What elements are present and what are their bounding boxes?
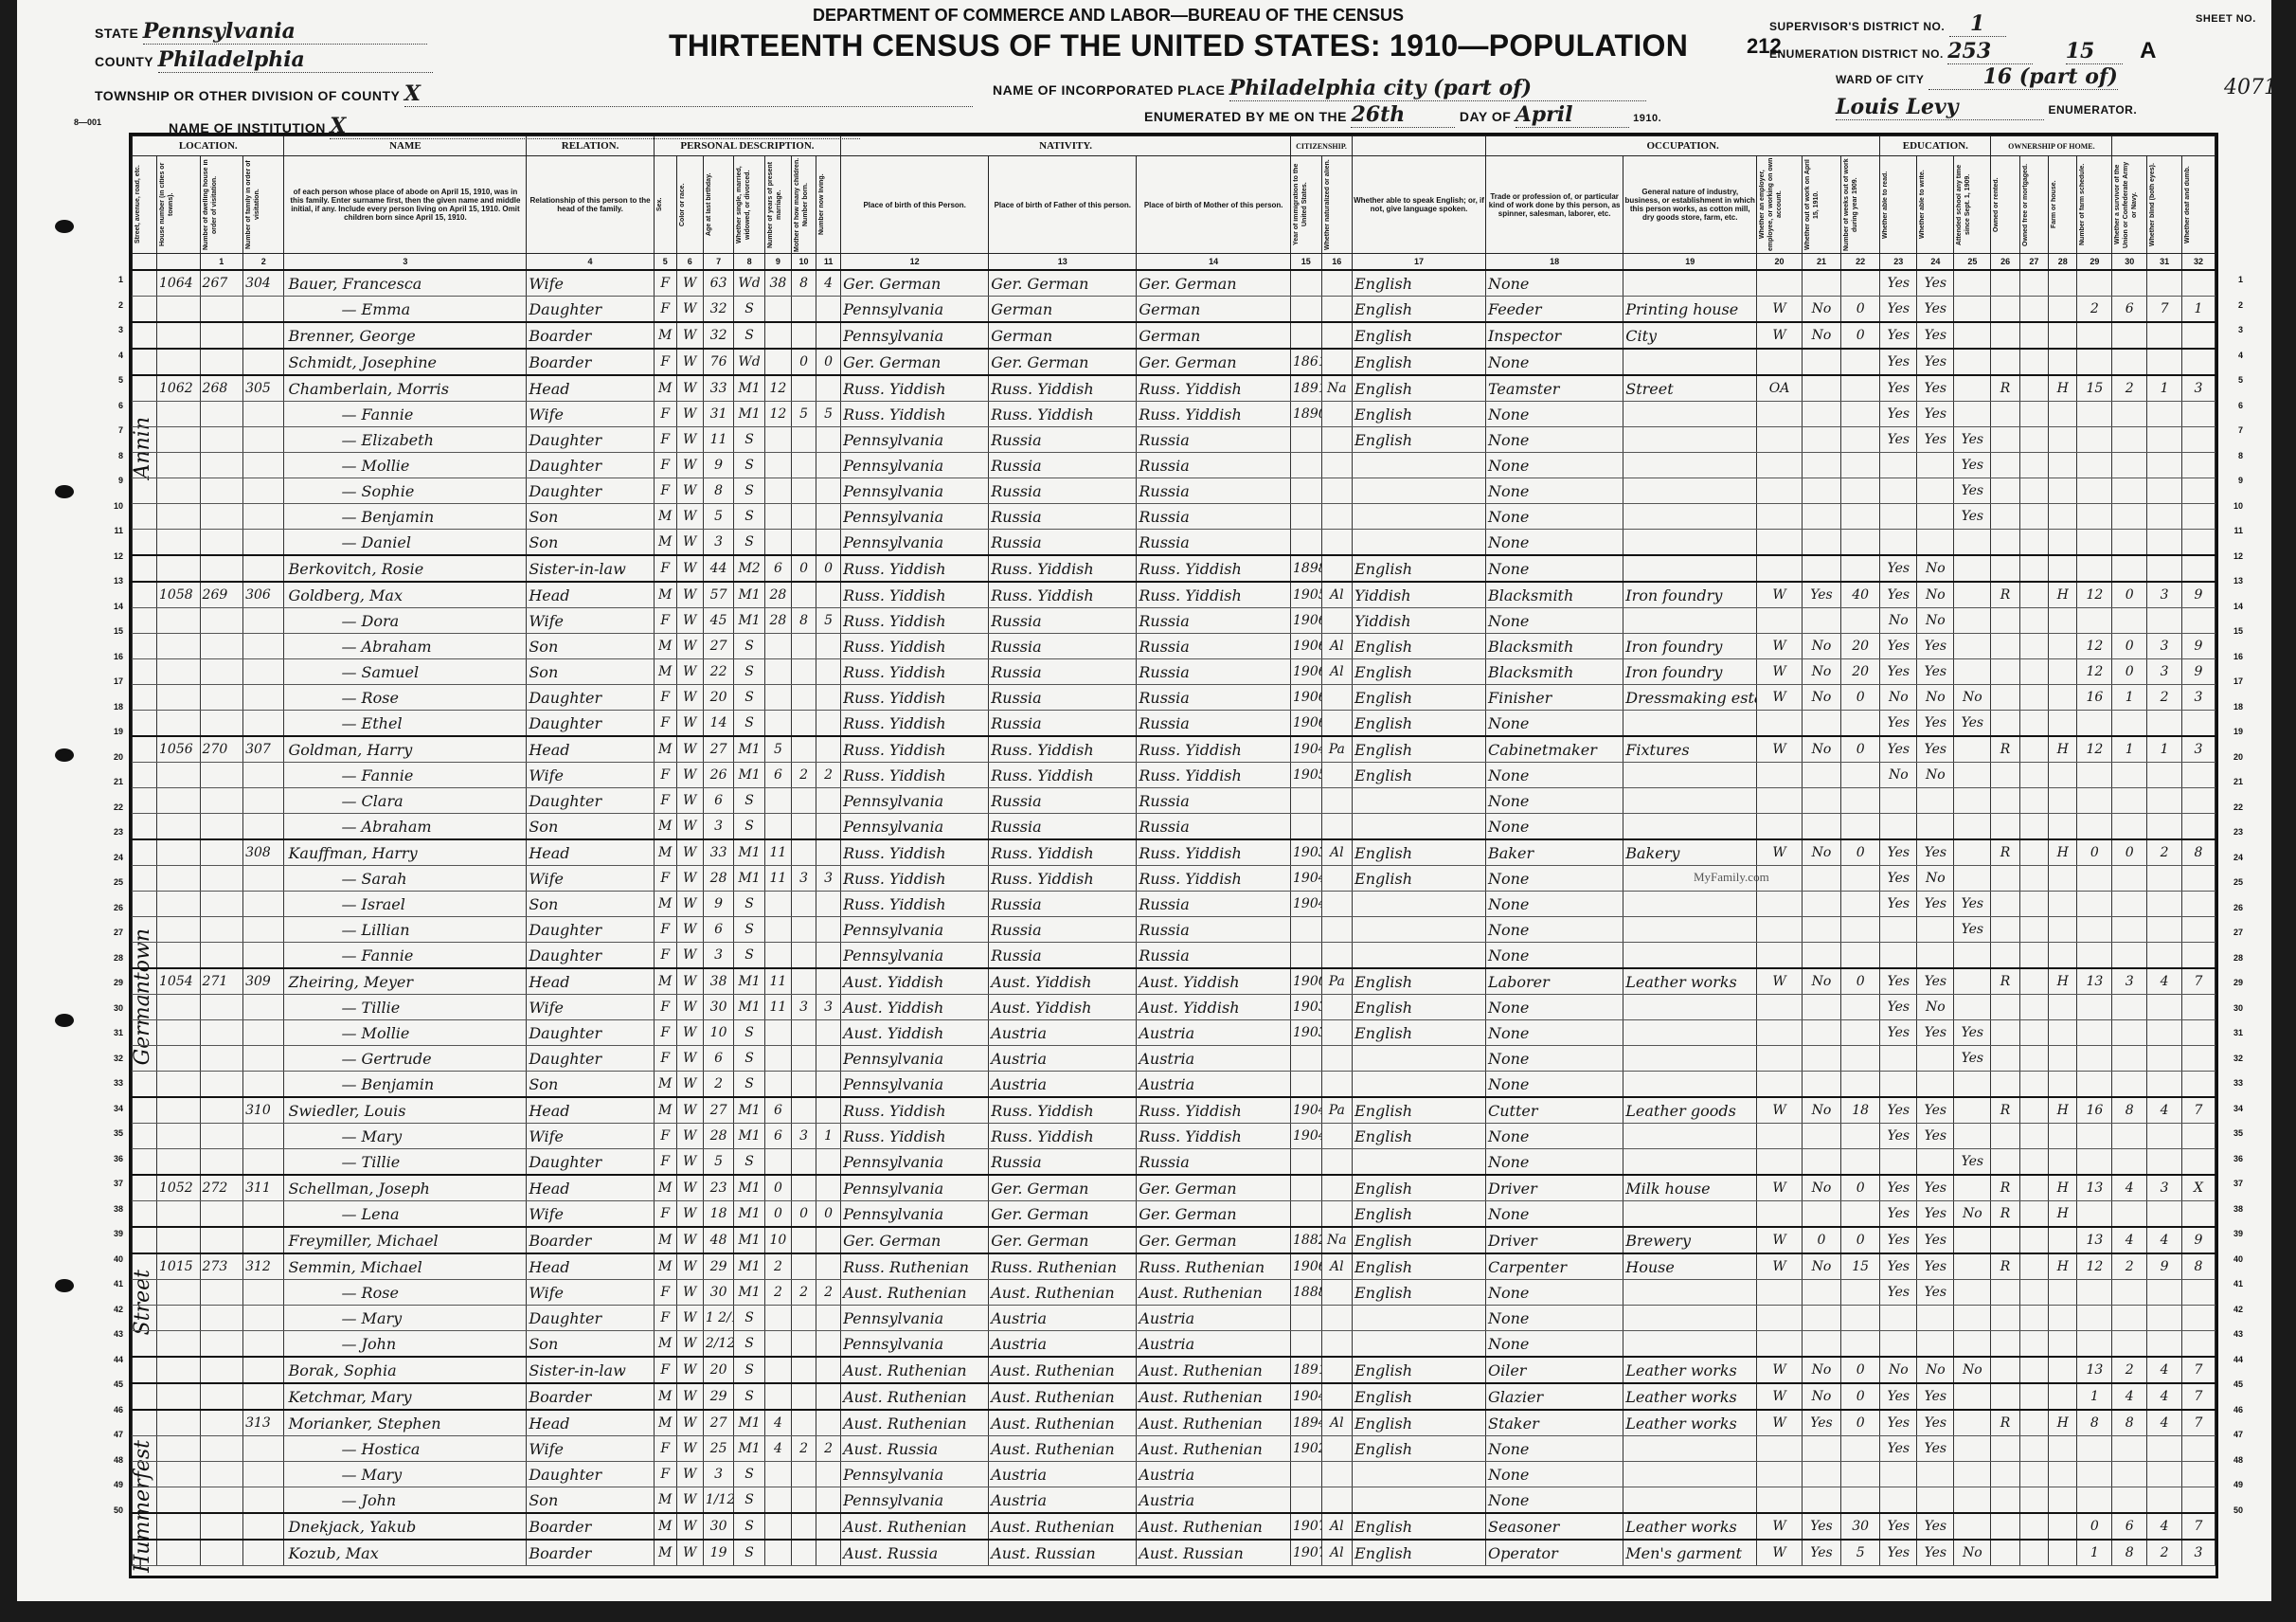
cell-house — [157, 1020, 201, 1046]
cell-mpob: Russia — [1137, 685, 1291, 711]
cell-born — [792, 711, 816, 737]
cell-c32: 9 — [2182, 582, 2215, 608]
cell-ms: S — [734, 530, 765, 556]
cell-read: Yes — [1880, 1124, 1917, 1149]
cell-race: W — [676, 1097, 703, 1124]
cell-fam — [243, 711, 284, 737]
cell-ind — [1623, 530, 1757, 556]
cell-wks: 0 — [1841, 736, 1880, 763]
cell-fam — [243, 1436, 284, 1462]
cell-free — [2019, 270, 2048, 297]
cell-street — [133, 1227, 157, 1253]
cell-sched — [2077, 270, 2112, 297]
cell-house — [157, 917, 201, 943]
cell-sex: F — [654, 1306, 676, 1331]
cell-free — [2019, 968, 2048, 995]
column-label: Number of dwelling house in order of vis… — [202, 157, 219, 252]
cell-c32 — [2182, 1020, 2215, 1046]
cell-write: Yes — [1917, 1227, 1954, 1253]
cell-living: 0 — [816, 555, 841, 582]
cell-c32 — [2182, 1436, 2215, 1462]
cell-write — [1917, 943, 1954, 969]
cell-own: R — [1991, 1201, 2019, 1228]
cell-name: — Samuel — [284, 659, 527, 685]
cell-pob: Russ. Yiddish — [841, 402, 989, 427]
cell-mpob: Russia — [1137, 504, 1291, 530]
cell-yrs — [764, 1383, 791, 1410]
column-header: Whether deaf and dumb. — [2182, 156, 2215, 254]
column-number: 12 — [841, 254, 989, 271]
cell-c30: 2 — [2112, 1253, 2147, 1280]
cell-born — [792, 1383, 816, 1410]
cell-ind — [1623, 814, 1757, 840]
cell-pob: Russ. Yiddish — [841, 685, 989, 711]
line-number: 30 — [2224, 1003, 2243, 1013]
column-number: 6 — [676, 254, 703, 271]
cell-wks — [1841, 530, 1880, 556]
cell-living — [816, 1227, 841, 1253]
column-number: 1 — [200, 254, 243, 271]
cell-read — [1880, 1462, 1917, 1487]
cell-sched — [2077, 866, 2112, 892]
line-number: 17 — [2224, 676, 2243, 686]
cell-born — [792, 1175, 816, 1201]
cell-pob: Pennsylvania — [841, 1462, 989, 1487]
cell-house — [157, 297, 201, 323]
cell-c32 — [2182, 270, 2215, 297]
cell-name: Bauer, Francesca — [284, 270, 527, 297]
cell-dw — [200, 1540, 243, 1566]
cell-c31: 1 — [2147, 375, 2182, 402]
cell-trade: None — [1485, 917, 1623, 943]
column-number: 25 — [1954, 254, 1991, 271]
cell-sex: M — [654, 1540, 676, 1566]
cell-imm — [1291, 478, 1322, 504]
cell-house — [157, 1540, 201, 1566]
cell-living — [816, 788, 841, 814]
cell-own — [1991, 1513, 2019, 1540]
cell-living — [816, 892, 841, 917]
cell-nat — [1321, 1046, 1353, 1072]
cell-fam: 305 — [243, 375, 284, 402]
cell-imm: 1904 — [1291, 736, 1322, 763]
cell-trade: None — [1485, 763, 1623, 788]
cell-c32: 9 — [2182, 634, 2215, 659]
cell-emp: OA — [1757, 375, 1803, 402]
cell-race: W — [676, 1046, 703, 1072]
cell-free — [2019, 711, 2048, 737]
column-header: Farm or house. — [2049, 156, 2077, 254]
cell-lang: English — [1353, 555, 1486, 582]
cell-c31 — [2147, 995, 2182, 1020]
cell-own: R — [1991, 375, 2019, 402]
cell-c30: 4 — [2112, 1175, 2147, 1201]
cell-sch — [1954, 582, 1991, 608]
cell-sch — [1954, 608, 1991, 634]
cell-emp — [1757, 427, 1803, 453]
table-row: — BenjaminSonMW5SPennsylvaniaRussiaRussi… — [133, 504, 2215, 530]
cell-pob: Russ. Yiddish — [841, 1124, 989, 1149]
cell-c32: 1 — [2182, 297, 2215, 323]
line-number: 21 — [104, 777, 123, 786]
cell-age: 26 — [703, 763, 734, 788]
cell-yrs — [764, 1513, 791, 1540]
cell-wks — [1841, 1487, 1880, 1514]
enumeration-district-field: Enumeration District No. 253 15 A — [1769, 38, 2156, 64]
cell-lang — [1353, 1462, 1486, 1487]
cell-sch — [1954, 1306, 1991, 1331]
cell-yrs — [764, 1020, 791, 1046]
cell-c32 — [2182, 1306, 2215, 1331]
table-row: — FannieDaughterFW3SPennsylvaniaRussiaRu… — [133, 943, 2215, 969]
cell-street — [133, 1306, 157, 1331]
cell-ind — [1623, 478, 1757, 504]
cell-read — [1880, 943, 1917, 969]
cell-sch: Yes — [1954, 711, 1991, 737]
cell-born — [792, 1487, 816, 1514]
cell-trade: Driver — [1485, 1227, 1623, 1253]
cell-emp: W — [1757, 1253, 1803, 1280]
cell-fpob: Aust. Yiddish — [989, 995, 1137, 1020]
cell-fpob: Austria — [989, 1020, 1137, 1046]
cell-age: 30 — [703, 995, 734, 1020]
cell-oow — [1802, 453, 1840, 478]
table-row: — MollieDaughterFW9SPennsylvaniaRussiaRu… — [133, 453, 2215, 478]
cell-write — [1917, 453, 1954, 478]
cell-pob: Pennsylvania — [841, 297, 989, 323]
cell-oow — [1802, 866, 1840, 892]
cell-nat — [1321, 1462, 1353, 1487]
cell-living — [816, 968, 841, 995]
line-number: 15 — [2224, 626, 2243, 636]
cell-living — [816, 1410, 841, 1436]
cell-dw — [200, 1280, 243, 1306]
cell-yrs — [764, 943, 791, 969]
line-number: 10 — [2224, 501, 2243, 511]
cell-free — [2019, 1072, 2048, 1098]
cell-wks: 20 — [1841, 659, 1880, 685]
cell-born: 2 — [792, 1280, 816, 1306]
cell-fh: H — [2049, 375, 2077, 402]
cell-free — [2019, 1306, 2048, 1331]
cell-emp — [1757, 814, 1803, 840]
column-number: 26 — [1991, 254, 2019, 271]
table-row: — MollieDaughterFW10SAust. YiddishAustri… — [133, 1020, 2215, 1046]
cell-street — [133, 659, 157, 685]
cell-born — [792, 1072, 816, 1098]
cell-living — [816, 917, 841, 943]
cell-born — [792, 917, 816, 943]
cell-c32 — [2182, 555, 2215, 582]
form-number: 8—001 — [74, 117, 101, 127]
cell-mpob: Austria — [1137, 1306, 1291, 1331]
cell-dw — [200, 1462, 243, 1487]
cell-name: — John — [284, 1331, 527, 1358]
census-table-container: LOCATION. NAME RELATION. PERSONAL DESCRI… — [129, 133, 2218, 1578]
cell-own — [1991, 349, 2019, 375]
cell-street — [133, 839, 157, 866]
cell-wks — [1841, 453, 1880, 478]
cell-ms: S — [734, 1306, 765, 1331]
cell-lang: English — [1353, 1253, 1486, 1280]
cell-name: Kauffman, Harry — [284, 839, 527, 866]
cell-ms: M1 — [734, 1201, 765, 1228]
line-number: 41 — [2224, 1279, 2243, 1289]
cell-fam — [243, 322, 284, 349]
column-header: Whether able to read. — [1880, 156, 1917, 254]
cell-lang: English — [1353, 297, 1486, 323]
cell-pob: Russ. Yiddish — [841, 608, 989, 634]
cell-sch — [1954, 402, 1991, 427]
cell-lang — [1353, 814, 1486, 840]
enumerator-field: Louis Levy Enumerator. — [1836, 95, 2137, 120]
cell-write — [1917, 478, 1954, 504]
cell-nat — [1321, 322, 1353, 349]
county-field: County Philadelphia — [95, 47, 433, 73]
cell-race: W — [676, 892, 703, 917]
group-misc — [2112, 136, 2215, 156]
cell-fam — [243, 1046, 284, 1072]
cell-imm: 1904 — [1291, 892, 1322, 917]
cell-race: W — [676, 1540, 703, 1566]
cell-fam — [243, 1020, 284, 1046]
cell-lang: English — [1353, 1097, 1486, 1124]
line-number: 38 — [2224, 1204, 2243, 1214]
cell-c30: 0 — [2112, 839, 2147, 866]
cell-oow — [1802, 1149, 1840, 1176]
cell-nat — [1321, 917, 1353, 943]
cell-living — [816, 582, 841, 608]
cell-pob: Aust. Yiddish — [841, 995, 989, 1020]
cell-sex: F — [654, 478, 676, 504]
cell-sched: 16 — [2077, 685, 2112, 711]
cell-ind: Dressmaking establ. — [1623, 685, 1757, 711]
cell-name: — Sophie — [284, 478, 527, 504]
cell-read — [1880, 1331, 1917, 1358]
cell-trade: Baker — [1485, 839, 1623, 866]
cell-c30 — [2112, 1020, 2147, 1046]
cell-fh — [2049, 349, 2077, 375]
cell-rel: Head — [527, 1175, 654, 1201]
cell-read: Yes — [1880, 736, 1917, 763]
line-number: 34 — [104, 1104, 123, 1113]
line-number: 4 — [104, 351, 123, 360]
column-label: Number now living. — [817, 157, 826, 252]
cell-ms: S — [734, 917, 765, 943]
cell-rel: Head — [527, 1253, 654, 1280]
enumerated-day: 26th — [1351, 102, 1455, 128]
cell-oow: No — [1802, 634, 1840, 659]
line-number: 16 — [2224, 652, 2243, 661]
cell-read: Yes — [1880, 402, 1917, 427]
cell-dw — [200, 1487, 243, 1514]
cell-wks — [1841, 1436, 1880, 1462]
cell-fh — [2049, 1306, 2077, 1331]
cell-read: Yes — [1880, 297, 1917, 323]
cell-pob: Pennsylvania — [841, 322, 989, 349]
line-number: 50 — [2224, 1505, 2243, 1515]
cell-emp — [1757, 763, 1803, 788]
column-number: 24 — [1917, 254, 1954, 271]
cell-lang: Yiddish — [1353, 582, 1486, 608]
cell-rel: Son — [527, 1487, 654, 1514]
line-number: 13 — [104, 576, 123, 586]
table-row: — EmmaDaughterFW32SPennsylvaniaGermanGer… — [133, 297, 2215, 323]
line-number: 39 — [104, 1229, 123, 1238]
cell-imm — [1291, 1072, 1322, 1098]
cell-c32 — [2182, 402, 2215, 427]
cell-street — [133, 711, 157, 737]
cell-write: Yes — [1917, 1253, 1954, 1280]
cell-ind: Iron foundry — [1623, 634, 1757, 659]
cell-ind: Leather works — [1623, 1383, 1757, 1410]
table-row: — DoraWifeFW45M12885Russ. YiddishRussiaR… — [133, 608, 2215, 634]
cell-dw — [200, 1227, 243, 1253]
cell-born: 2 — [792, 1436, 816, 1462]
cell-sch: Yes — [1954, 453, 1991, 478]
line-number: 17 — [104, 676, 123, 686]
cell-lang: English — [1353, 968, 1486, 995]
cell-c32: 7 — [2182, 1357, 2215, 1383]
cell-sex: M — [654, 1383, 676, 1410]
cell-c31 — [2147, 270, 2182, 297]
cell-free — [2019, 322, 2048, 349]
cell-yrs — [764, 814, 791, 840]
cell-street — [133, 1201, 157, 1228]
cell-name: — Mollie — [284, 453, 527, 478]
cell-born — [792, 1513, 816, 1540]
cell-emp — [1757, 1436, 1803, 1462]
cell-nat — [1321, 1072, 1353, 1098]
cell-sched — [2077, 943, 2112, 969]
cell-read — [1880, 1487, 1917, 1514]
cell-street — [133, 1097, 157, 1124]
line-number: 12 — [2224, 551, 2243, 561]
cell-wks: 5 — [1841, 1540, 1880, 1566]
cell-pob: Russ. Yiddish — [841, 1097, 989, 1124]
cell-write: Yes — [1917, 839, 1954, 866]
table-row: — AbrahamSonMW27SRuss. YiddishRussiaRuss… — [133, 634, 2215, 659]
cell-write: No — [1917, 995, 1954, 1020]
cell-street — [133, 1462, 157, 1487]
column-label: Place of birth of this Person. — [842, 157, 987, 252]
cell-mpob: Russ. Yiddish — [1137, 736, 1291, 763]
cell-fam: 312 — [243, 1253, 284, 1280]
cell-pob: Pennsylvania — [841, 1201, 989, 1228]
cell-read: Yes — [1880, 995, 1917, 1020]
cell-emp — [1757, 1487, 1803, 1514]
cell-fpob: Russ. Yiddish — [989, 1124, 1137, 1149]
cell-wks — [1841, 555, 1880, 582]
cell-emp: W — [1757, 1357, 1803, 1383]
cell-race: W — [676, 634, 703, 659]
cell-c32: 7 — [2182, 1513, 2215, 1540]
cell-age: 29 — [703, 1253, 734, 1280]
table-row: — JohnSonMW1/12SPennsylvaniaAustriaAustr… — [133, 1487, 2215, 1514]
cell-emp — [1757, 943, 1803, 969]
cell-write: Yes — [1917, 1175, 1954, 1201]
cell-mpob: Aust. Yiddish — [1137, 995, 1291, 1020]
column-number: 3 — [284, 254, 527, 271]
census-rows: 1064267304Bauer, FrancescaWifeFW63Wd3884… — [133, 270, 2215, 1566]
cell-sex: M — [654, 530, 676, 556]
cell-house: 1056 — [157, 736, 201, 763]
cell-living — [816, 659, 841, 685]
cell-write: Yes — [1917, 375, 1954, 402]
cell-rel: Son — [527, 892, 654, 917]
cell-trade: None — [1485, 1072, 1623, 1098]
line-number: 4 — [2224, 351, 2243, 360]
table-row: 1056270307Goldman, HarryHeadMW27M15Russ.… — [133, 736, 2215, 763]
cell-fam: 304 — [243, 270, 284, 297]
cell-oow — [1802, 504, 1840, 530]
cell-name: Brenner, George — [284, 322, 527, 349]
cell-sch — [1954, 1072, 1991, 1098]
cell-sex: F — [654, 1046, 676, 1072]
cell-ms: M1 — [734, 1097, 765, 1124]
line-number: 25 — [2224, 877, 2243, 887]
cell-sch — [1954, 1331, 1991, 1358]
cell-born — [792, 1020, 816, 1046]
cell-dw — [200, 1201, 243, 1228]
cell-living — [816, 297, 841, 323]
column-number: 32 — [2182, 254, 2215, 271]
column-header: Color or race. — [676, 156, 703, 254]
cell-own — [1991, 917, 2019, 943]
cell-oow — [1802, 270, 1840, 297]
cell-sex: M — [654, 1097, 676, 1124]
cell-age: 6 — [703, 788, 734, 814]
cell-sex: F — [654, 427, 676, 453]
cell-fam — [243, 608, 284, 634]
township-value: X — [404, 81, 973, 107]
cell-emp — [1757, 788, 1803, 814]
cell-pob: Pennsylvania — [841, 427, 989, 453]
cell-write: Yes — [1917, 1383, 1954, 1410]
cell-fam — [243, 1540, 284, 1566]
column-header: House number (in cities or towns). — [157, 156, 201, 254]
cell-wks: 0 — [1841, 1410, 1880, 1436]
cell-fpob: Russia — [989, 711, 1137, 737]
cell-free — [2019, 453, 2048, 478]
cell-trade: None — [1485, 555, 1623, 582]
cell-fpob: Russ. Yiddish — [989, 736, 1137, 763]
cell-imm: 1905 — [1291, 763, 1322, 788]
cell-c30 — [2112, 453, 2147, 478]
line-number: 42 — [2224, 1305, 2243, 1314]
cell-mpob: Austria — [1137, 1072, 1291, 1098]
cell-oow — [1802, 1331, 1840, 1358]
cell-c30 — [2112, 711, 2147, 737]
cell-fam: 309 — [243, 968, 284, 995]
cell-c32 — [2182, 1280, 2215, 1306]
cell-read: No — [1880, 1357, 1917, 1383]
cell-rel: Son — [527, 634, 654, 659]
cell-fpob: Russia — [989, 659, 1137, 685]
table-row: — RoseWifeFW30M1222Aust. RuthenianAust. … — [133, 1280, 2215, 1306]
cell-dw — [200, 1357, 243, 1383]
cell-nat: Na — [1321, 1227, 1353, 1253]
cell-fam — [243, 866, 284, 892]
cell-trade: Carpenter — [1485, 1253, 1623, 1280]
cell-name: Swiedler, Louis — [284, 1097, 527, 1124]
cell-yrs: 5 — [764, 736, 791, 763]
cell-own — [1991, 402, 2019, 427]
cell-trade: Blacksmith — [1485, 582, 1623, 608]
column-number: 28 — [2049, 254, 2077, 271]
cell-wks — [1841, 1306, 1880, 1331]
cell-born — [792, 736, 816, 763]
